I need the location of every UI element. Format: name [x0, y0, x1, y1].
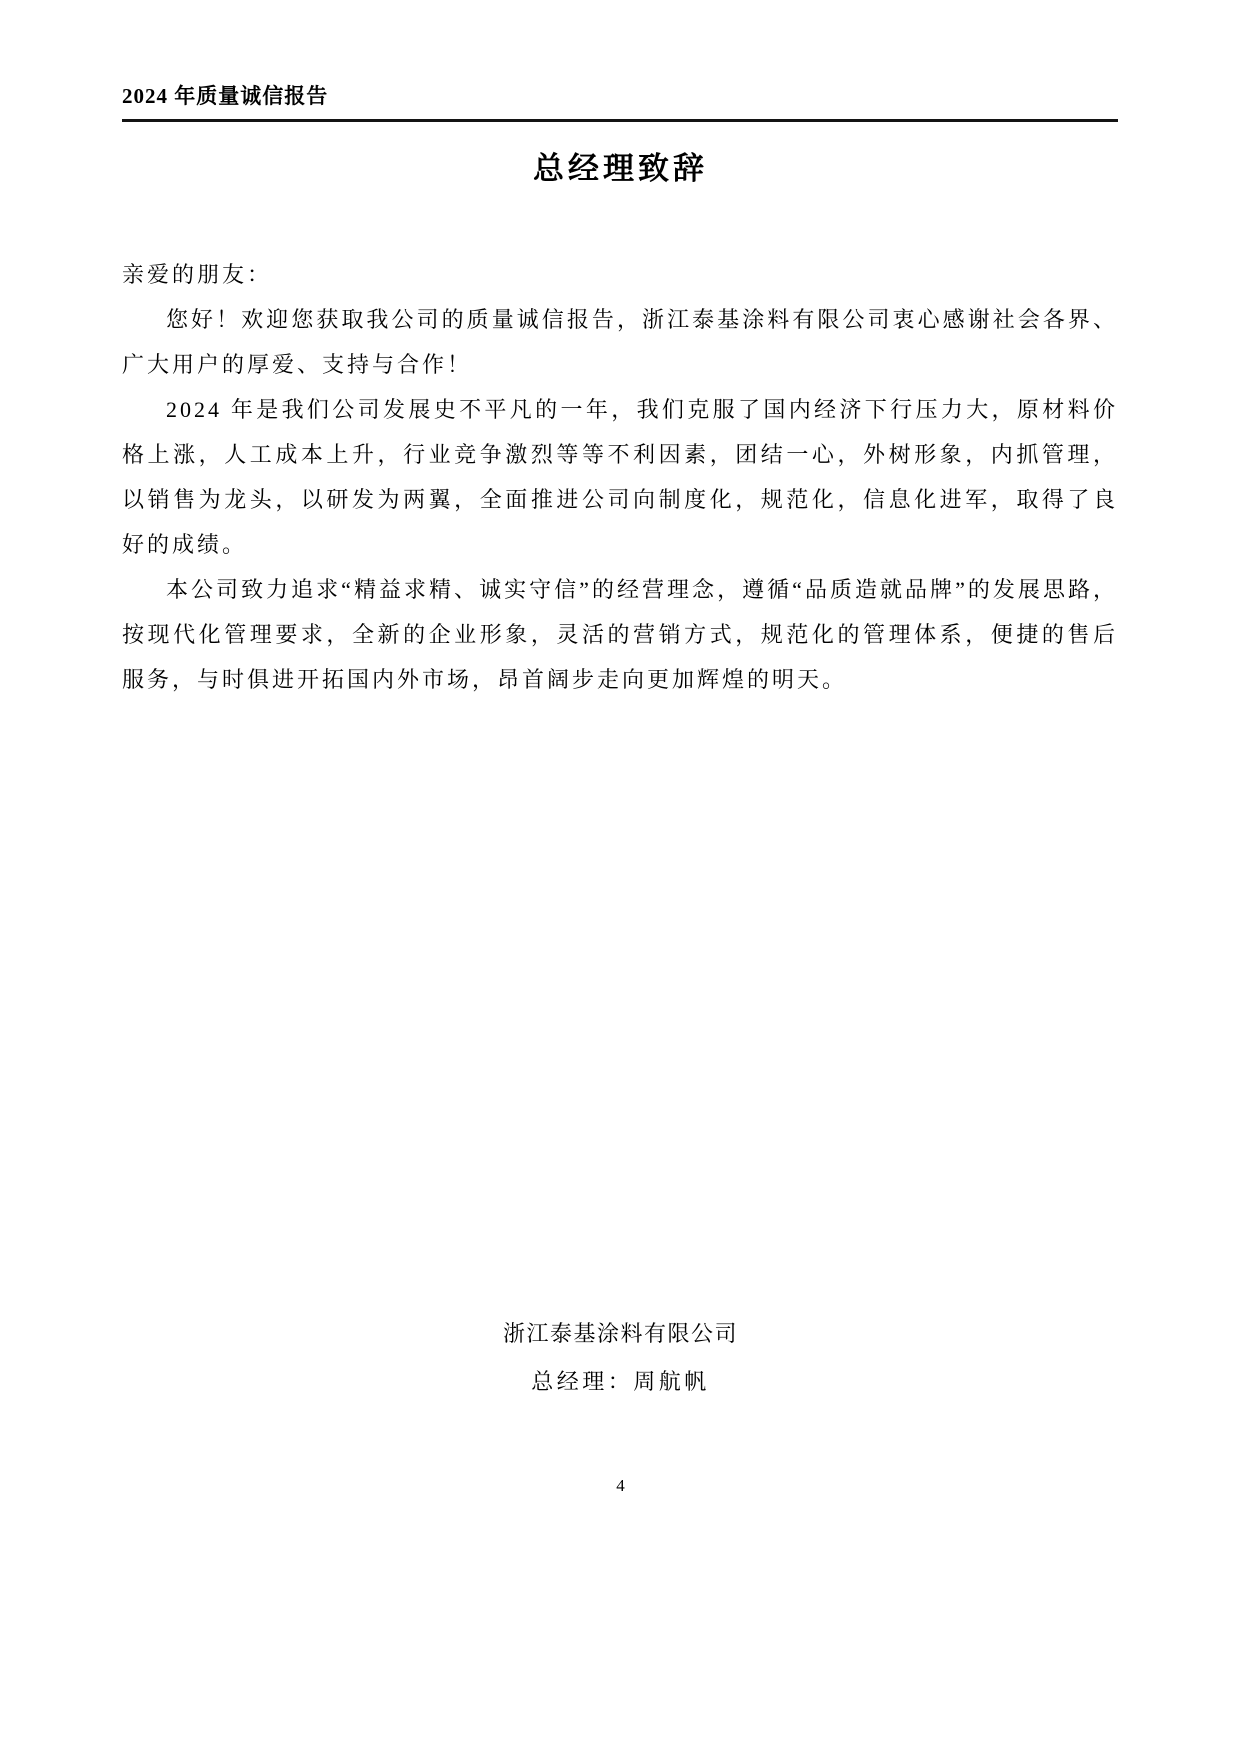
paragraph: 本公司致力追求“精益求精、诚实守信”的经营理念，遵循“品质造就品牌”的发展思路，… — [122, 567, 1118, 702]
salutation: 亲爱的朋友： — [122, 252, 1118, 297]
paragraph: 2024 年是我们公司发展史不平凡的一年，我们克服了国内经济下行压力大，原材料价… — [122, 387, 1118, 567]
page-title: 总经理致辞 — [0, 143, 1241, 188]
signature-block: 浙江泰基涂料有限公司 总经理：周航帆 — [0, 1310, 1241, 1406]
page-number: 4 — [0, 1476, 1241, 1496]
page-header: 2024 年质量诚信报告 — [122, 80, 1118, 122]
paragraph: 您好！欢迎您获取我公司的质量诚信报告，浙江泰基涂料有限公司衷心感谢社会各界、广大… — [122, 297, 1118, 387]
document-body: 亲爱的朋友： 您好！欢迎您获取我公司的质量诚信报告，浙江泰基涂料有限公司衷心感谢… — [122, 252, 1118, 702]
signature-signer: 总经理：周航帆 — [0, 1358, 1241, 1406]
document-page: 2024 年质量诚信报告 总经理致辞 亲爱的朋友： 您好！欢迎您获取我公司的质量… — [0, 0, 1241, 1755]
signature-company: 浙江泰基涂料有限公司 — [0, 1310, 1241, 1358]
